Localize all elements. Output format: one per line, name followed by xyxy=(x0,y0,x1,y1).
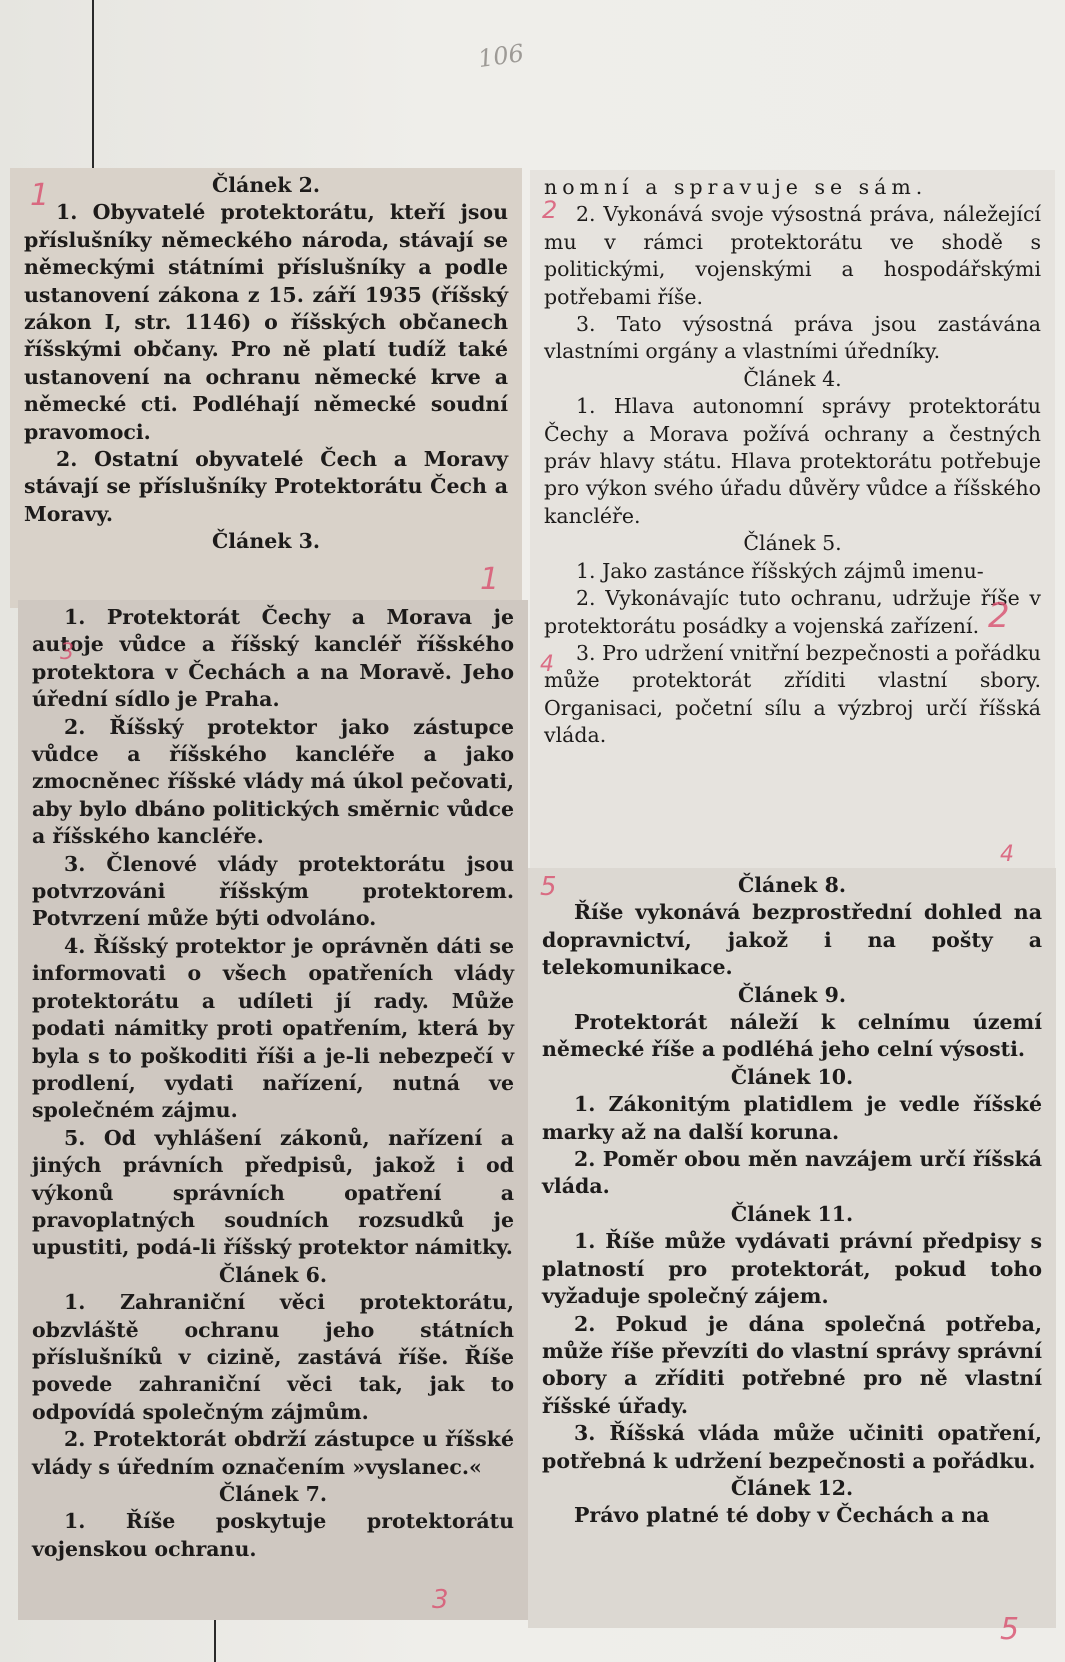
handwritten-mark: 1 xyxy=(480,562,499,597)
handwritten-mark: 3 xyxy=(60,640,74,665)
paragraph: 1. Zákonitým platidlem je vedle říšské m… xyxy=(542,1091,1042,1146)
paragraph: 3. Členové vlády protektorátu jsou potvr… xyxy=(32,851,514,933)
paragraph: 2. Pokud je dána společná potřeba, může … xyxy=(542,1311,1042,1421)
paragraph: 3. Pro udržení vnitřní bezpečnosti a poř… xyxy=(544,640,1041,750)
article-heading: Článek 9. xyxy=(542,982,1042,1009)
paragraph: Právo platné té doby v Čechách a na xyxy=(542,1502,1042,1529)
paragraph: Protektorát náleží k celnímu území němec… xyxy=(542,1009,1042,1064)
paragraph: 5. Od vyhlášení zákonů, nařízení a jinýc… xyxy=(32,1125,514,1262)
handwritten-mark: 4 xyxy=(540,652,554,677)
clipping-article-8-12: Článek 8. Říše vykonává bezprostřední do… xyxy=(528,868,1056,1628)
article-heading: Článek 2. xyxy=(24,172,508,199)
paragraph: 1. Obyvatelé protektorátu, kteří jsou př… xyxy=(24,199,508,446)
paragraph: 1. Zahraniční věci protektorátu, obzvláš… xyxy=(32,1289,514,1426)
clipping-article-3-5: nomní a spravuje se sám. 2. Vykonává svo… xyxy=(530,170,1055,868)
handwritten-mark: 5 xyxy=(1000,1612,1019,1647)
article-heading: Článek 11. xyxy=(542,1201,1042,1228)
paragraph: 2. Ostatní obyvatelé Čech a Moravy stáva… xyxy=(24,446,508,528)
paragraph: 4. Říšský protektor je oprávněn dáti se … xyxy=(32,933,514,1125)
article-heading: Článek 8. xyxy=(542,872,1042,899)
paragraph: Říše vykonává bezprostřední dohled na do… xyxy=(542,899,1042,981)
article-heading: Článek 4. xyxy=(544,366,1041,393)
handwritten-mark: 2 xyxy=(988,596,1010,636)
paragraph: 2. Vykonávajíc tuto ochranu, udržuje říš… xyxy=(544,585,1041,640)
paragraph: 1. Hlava autonomní správy protektorátu Č… xyxy=(544,393,1041,530)
paragraph-continuation: nomní a spravuje se sám. xyxy=(544,174,1041,201)
paragraph: 2. Vykonává svoje výsostná práva, náleže… xyxy=(544,201,1041,311)
article-heading: Článek 10. xyxy=(542,1064,1042,1091)
paragraph: 1. Říše může vydávati právní předpisy s … xyxy=(542,1228,1042,1310)
article-heading: Článek 6. xyxy=(32,1262,514,1289)
paragraph: 3. Říšská vláda může učiniti opatření, p… xyxy=(542,1420,1042,1475)
handwritten-mark: 3 xyxy=(432,1585,449,1615)
handwritten-mark: 2 xyxy=(542,196,557,224)
handwritten-mark: 5 xyxy=(540,872,557,902)
paragraph: 1. Jako zastánce říšských zájmů imenu- xyxy=(544,558,1041,585)
paragraph: 1. Protektorát Čechy a Morava je autoje … xyxy=(32,604,514,714)
article-heading: Článek 5. xyxy=(544,530,1041,557)
article-heading: Článek 12. xyxy=(542,1475,1042,1502)
paragraph: 3. Tato výsostná práva jsou zastávána vl… xyxy=(544,311,1041,366)
binding-line xyxy=(92,0,94,170)
paragraph: 1. Říše poskytuje protektorátu vojenskou… xyxy=(32,1508,514,1563)
clipping-article-2: Článek 2. 1. Obyvatelé protektorátu, kte… xyxy=(10,168,522,608)
handwritten-mark: 4 xyxy=(1000,842,1014,867)
paragraph: 2. Protektorát obdrží zástupce u říšské … xyxy=(32,1426,514,1481)
paragraph: 2. Říšský protektor jako zástupce vůdce … xyxy=(32,714,514,851)
article-heading: Článek 7. xyxy=(32,1481,514,1508)
clipping-article-3-7: 1. Protektorát Čechy a Morava je autoje … xyxy=(18,600,528,1620)
article-heading: Článek 3. xyxy=(24,528,508,555)
paragraph: 2. Poměr obou měn navzájem určí říšská v… xyxy=(542,1146,1042,1201)
handwritten-mark: 1 xyxy=(30,178,49,213)
